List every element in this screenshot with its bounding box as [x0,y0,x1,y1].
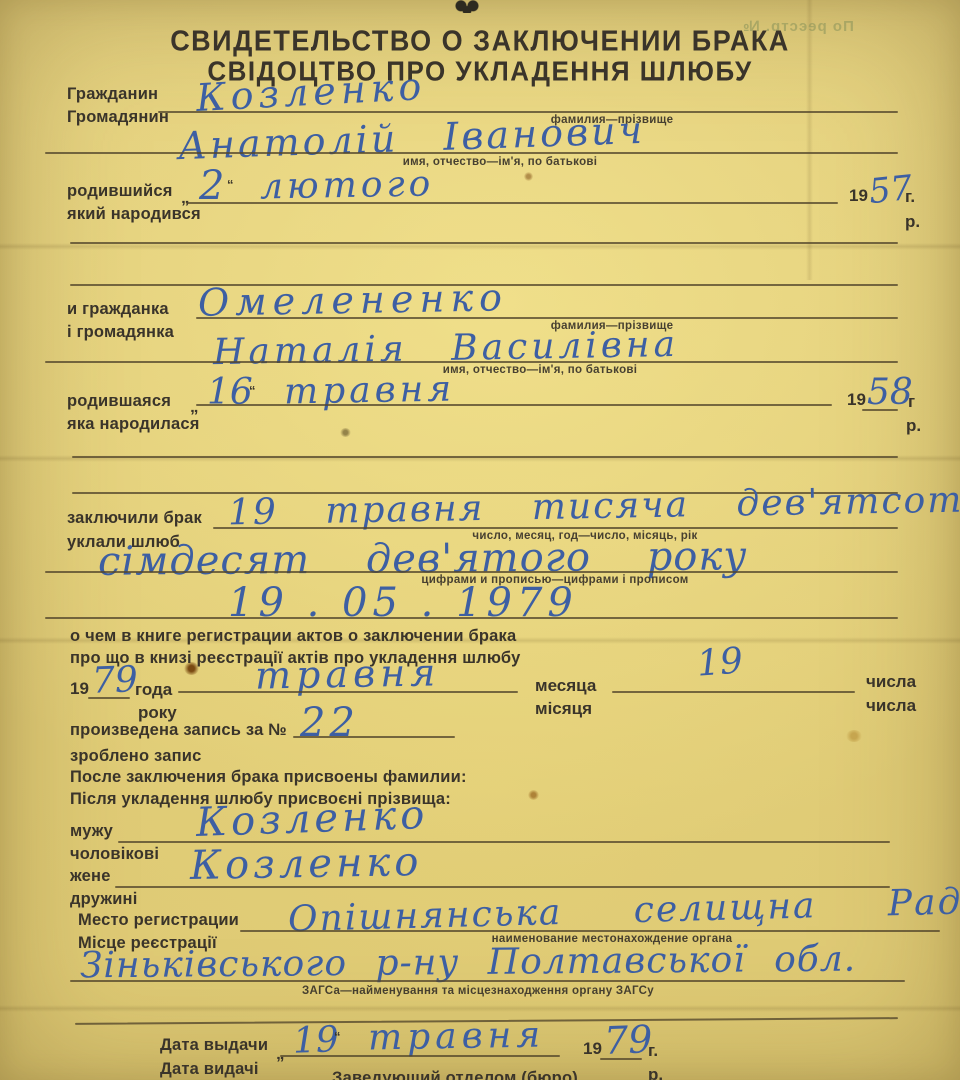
ruled-line [240,930,940,932]
issue-label-ru: Дата выдачи [160,1036,268,1055]
name-hint: имя, отчество—ім'я, по батькові [443,364,638,376]
husband-label-ru: мужу [70,822,113,841]
registry-day-label-uk: числа [866,696,916,716]
record-number-handwritten: 22 [300,700,359,746]
ruled-line [45,571,898,573]
state-emblem-fragment [452,0,482,13]
ruled-line-short [600,1058,642,1060]
ruled-line-short [88,697,130,699]
ruled-line [196,404,832,406]
quote-close: “ [227,177,234,192]
quote-close: “ [249,383,256,398]
stain [524,172,533,181]
bride-year-suffix-ru: г [908,392,915,412]
quote-open: „ [276,1044,285,1064]
groom-year-suffix-ru: г. [905,187,915,207]
certificate-scan: По реєстр. № СВИДЕТЕЛЬСТВО О ЗАКЛЮЧЕНИИ … [0,0,960,1080]
bride-label-uk: і громадянка [67,323,174,342]
ruled-line [186,202,838,204]
quote-open: „ [181,188,190,208]
groom-label-uk: Громадянин [67,108,169,127]
bride-year-print: 19 [847,390,866,410]
ruled-line [70,980,905,982]
bride-year-handwritten: 58 [867,372,913,413]
ruled-line-empty [72,456,898,458]
quote-close: “ [334,1029,341,1044]
ruled-line [612,691,855,693]
issue-year-suffix-uk: р. [648,1065,663,1080]
registry-intro-ru: о чем в книге регистрации актов о заключ… [70,627,516,646]
bride-birth-day-handwritten: 16 [207,372,253,413]
groom-year-suffix-uk: р. [905,212,920,232]
ruled-line [213,527,898,529]
ruled-line [178,691,518,693]
stain [528,790,539,800]
registry-year-label-ru: года [135,680,172,700]
husband-surname-handwritten: Козленко [195,792,429,846]
ruled-line [45,152,898,154]
ruled-line-short [293,736,455,738]
ruled-line-short [862,409,898,411]
wife-label-ru: жене [70,867,111,886]
registry-month-label-uk: місяця [535,699,592,719]
issue-year-handwritten: 79 [603,1017,653,1063]
ruled-line [196,317,898,319]
groom-born-label-ru: родившийся [67,182,173,201]
crease [0,243,960,250]
crease [0,1005,960,1012]
bride-label-ru: и гражданка [67,300,169,319]
stain [846,730,862,742]
registry-month-label-ru: месяца [535,676,596,696]
marriage-date-words-line1-handwritten: 19 травня тисяча дев'ятсот [228,480,960,534]
record-label-ru: произведена запись за № [70,721,287,740]
issue-year-suffix-ru: г. [648,1041,658,1061]
registry-year-label-uk: року [138,703,177,723]
bride-year-suffix-uk: р. [906,416,921,436]
marriage-label-ru: заключили брак [67,509,202,528]
husband-label-uk: чоловікові [70,845,159,864]
place-label-ru: Место регистрации [78,911,239,930]
wife-label-uk: дружині [70,890,138,909]
names-after-header-ru: После заключения брака присвоены фамилии… [70,768,467,787]
title-ukrainian: СВІДОЦТВО ПРО УКЛАДЕННЯ ШЛЮБУ [0,55,960,88]
registry-year-print: 19 [70,679,89,699]
quote-open: „ [190,397,199,417]
ruled-line [280,1055,560,1057]
ruled-line-empty [70,242,898,244]
marriage-date-digits-handwritten: 19 . 05 . 1979 [228,580,578,626]
groom-birth-month-handwritten: лютого [260,163,435,207]
ruled-line [45,617,898,619]
groom-label-ru: Гражданин [67,85,158,104]
issue-year-print: 19 [583,1039,602,1059]
registry-day-label-ru: числа [866,672,916,692]
registry-day-handwritten: 19 [696,640,745,684]
bride-born-label-uk: яка народилася [67,415,200,434]
place-hint-2: ЗАГСа—найменування та місцезнаходження о… [302,985,654,997]
record-label-uk: зроблено запис [70,747,201,766]
stain [340,428,351,437]
title-russian: СВИДЕТЕЛЬСТВО О ЗАКЛЮЧЕНИИ БРАКА [0,25,960,58]
registry-year-handwritten: 79 [91,659,138,702]
bride-born-label-ru: родившаяся [67,392,171,411]
wife-surname-handwritten: Козленко [190,839,423,889]
official-title: Заведующий отделом (бюро) [332,1069,578,1080]
groom-year-print: 19 [849,186,868,206]
issue-month-handwritten: травня [368,1014,546,1058]
issue-label-uk: Дата видачі [160,1060,259,1079]
ruled-line [45,361,898,363]
